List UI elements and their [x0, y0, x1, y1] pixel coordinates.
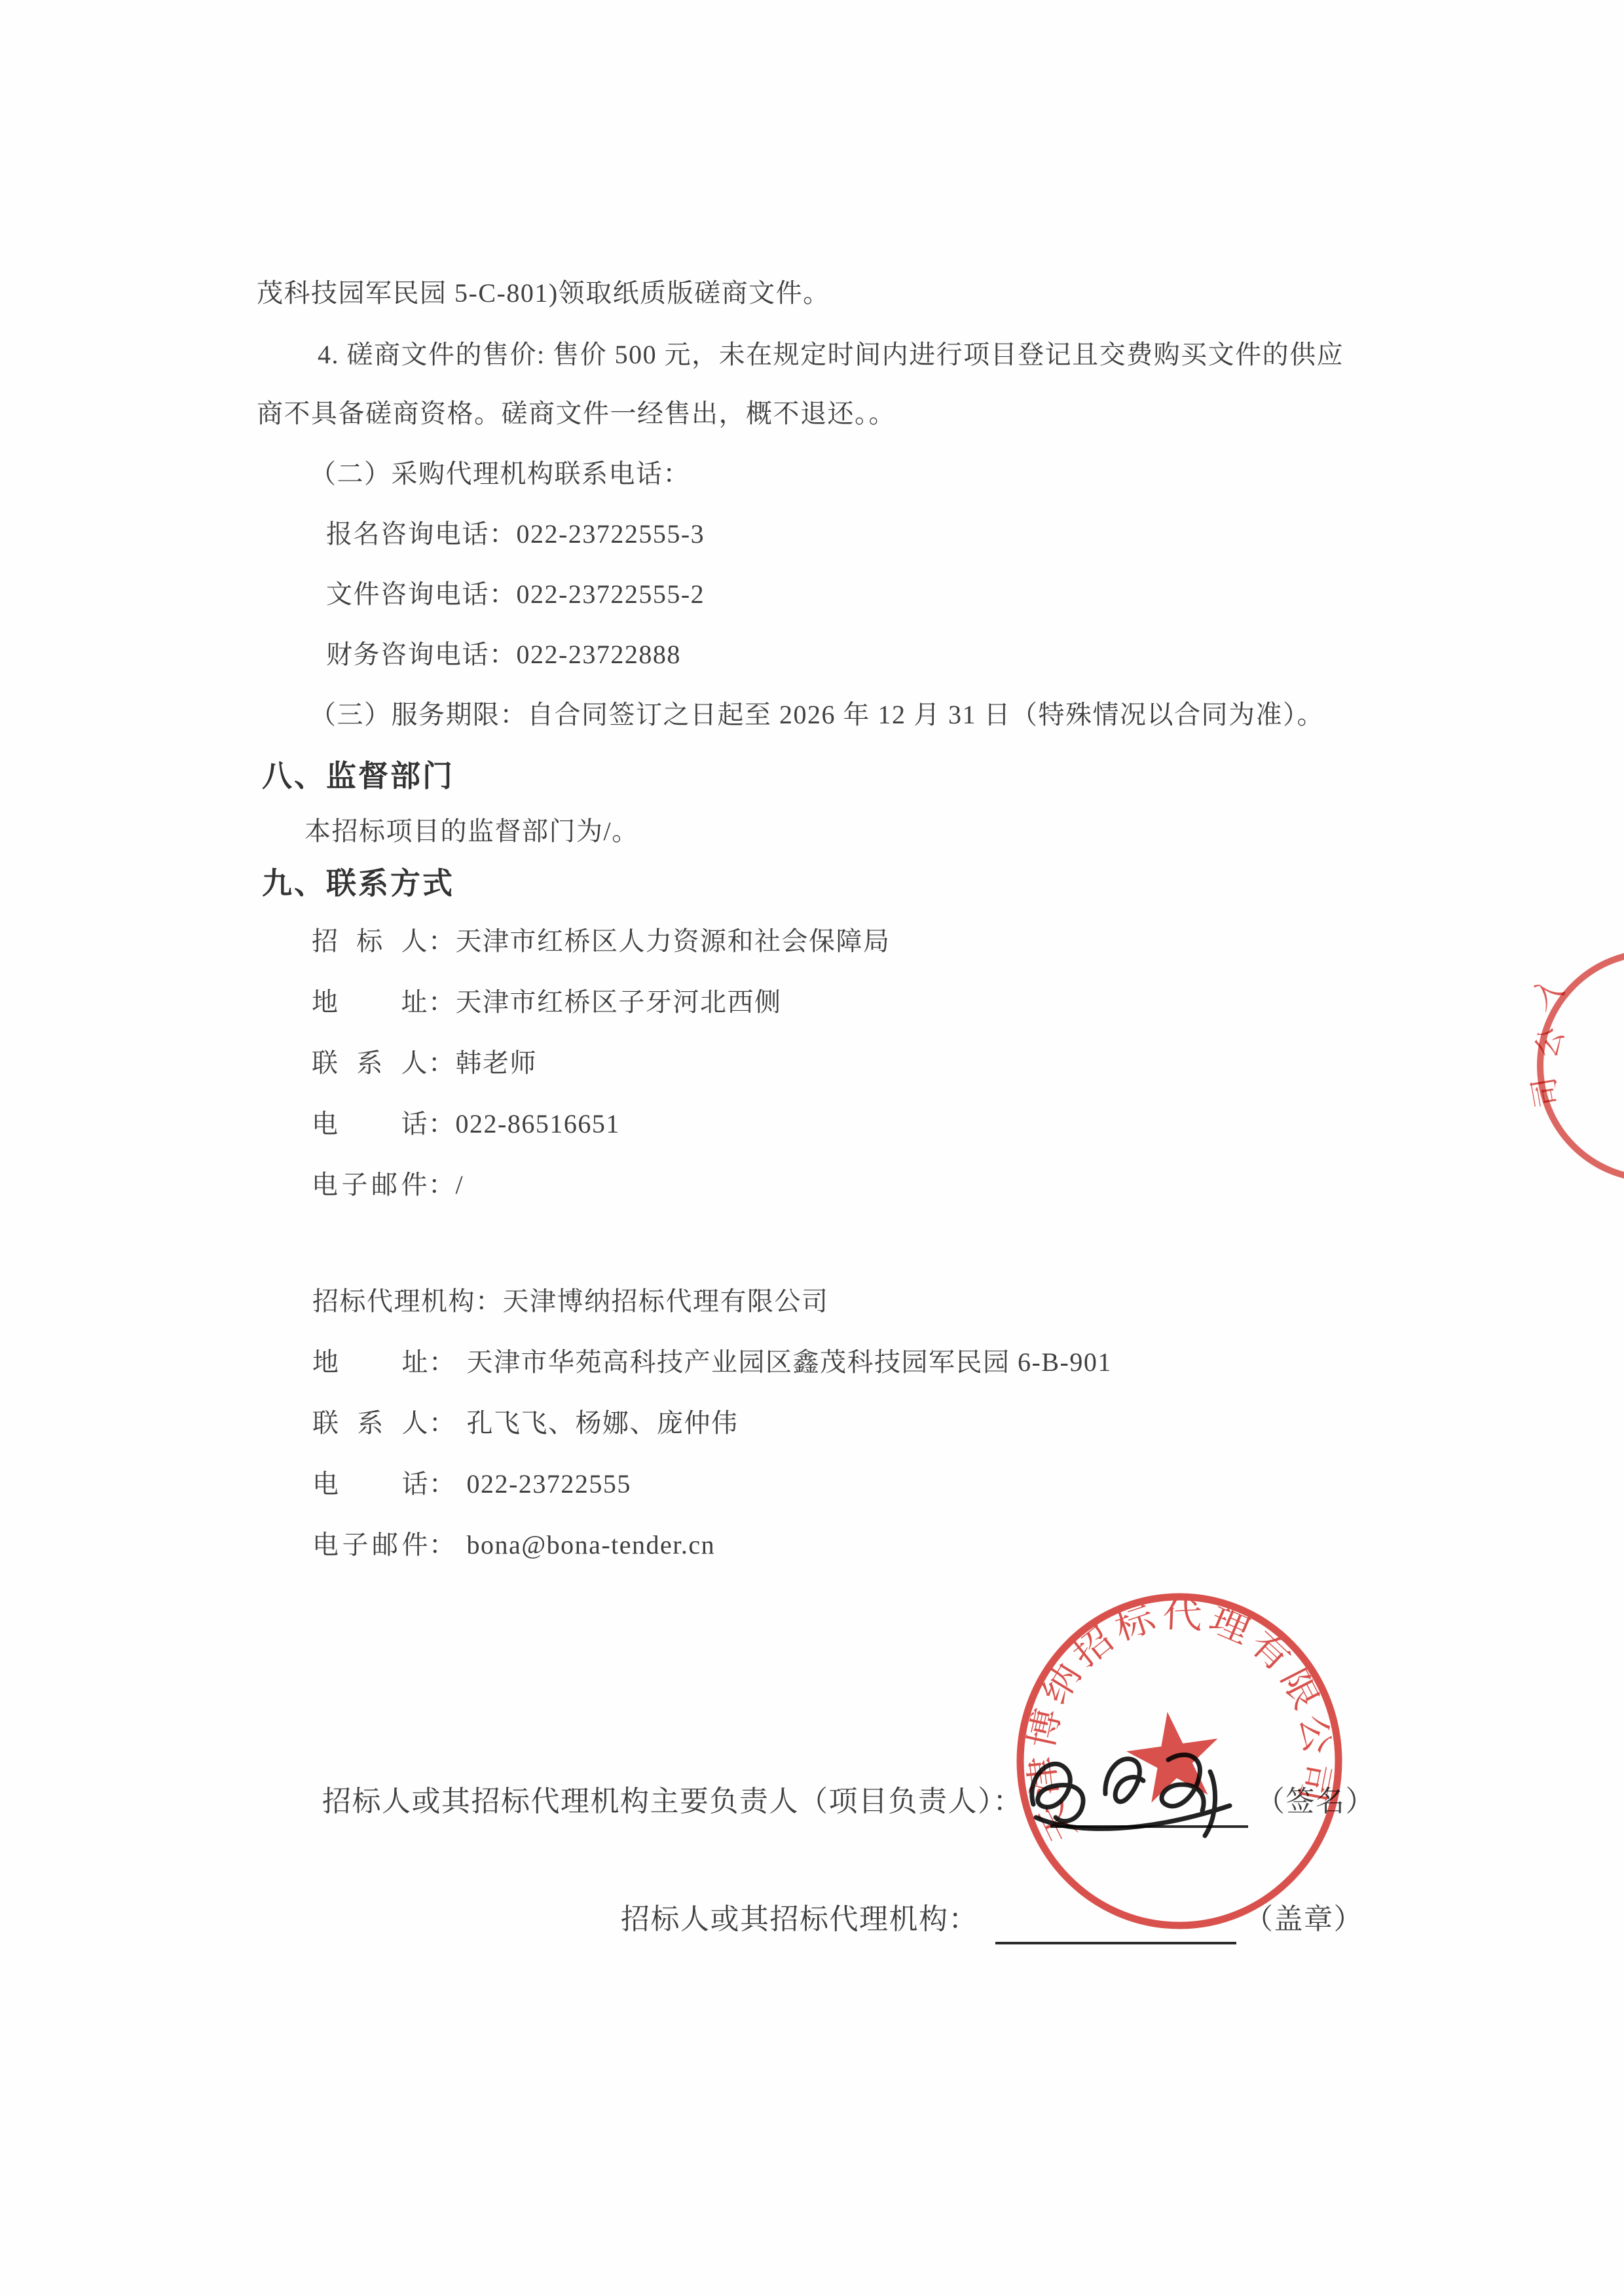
bidder-row-contact-person: 联系人：韩老师 — [312, 1048, 537, 1079]
agency-row-contact-person: 联系人：孔飞飞、杨娜、庞仲伟 — [312, 1408, 739, 1439]
colon: ： — [475, 1286, 503, 1316]
agency-row-phone: 电话：022-23722555 — [312, 1468, 631, 1500]
phone-signup: 报名咨询电话：022-23722555-3 — [326, 519, 705, 550]
field-label: 电子邮件 — [312, 1169, 428, 1201]
section-heading-contact: 九、联系方式 — [262, 866, 454, 902]
paragraph-price-1: 4. 磋商文件的售价: 售价 500 元，未在规定时间内进行项目登记且交费购买文… — [318, 339, 1344, 371]
colon: ： — [428, 926, 456, 956]
field-label: 电话 — [312, 1108, 428, 1140]
field-value: 022-86516651 — [456, 1109, 620, 1139]
paragraph-contact-head: （二）采购代理机构联系电话： — [310, 458, 690, 490]
field-label: 地址 — [312, 987, 428, 1018]
colon: ： — [429, 1347, 456, 1377]
field-value: 孔飞飞、杨娜、庞仲伟 — [456, 1408, 739, 1438]
phone-document: 文件咨询电话：022-23722555-2 — [326, 579, 705, 610]
scanned-document-page: 茂科技园军民园 5-C-801)领取纸质版磋商文件。 4. 磋商文件的售价: 售… — [0, 0, 1624, 2296]
field-value: 022-23722555 — [456, 1469, 631, 1499]
field-label: 地址 — [312, 1347, 429, 1378]
seal-blank-line — [995, 1942, 1236, 1944]
field-value: 韩老师 — [456, 1048, 538, 1078]
field-value: / — [456, 1170, 464, 1199]
colon: ： — [428, 987, 456, 1017]
paragraph-service-period: （三）服务期限：自合同签订之日起至 2026 年 12 月 31 日（特殊情况以… — [310, 699, 1324, 731]
colon: ： — [429, 1469, 456, 1499]
colon: ： — [428, 1170, 456, 1199]
bidder-row-phone: 电话：022-86516651 — [312, 1108, 620, 1140]
signature-line2-label: 招标人或其招标代理机构： — [621, 1903, 978, 1937]
section-heading-supervision: 八、监督部门 — [262, 758, 454, 794]
phone-finance: 财务咨询电话：022-23722888 — [326, 639, 681, 670]
field-label: 电子邮件 — [312, 1529, 429, 1561]
field-value: 天津市华苑高科技产业园区鑫茂科技园军民园 6-B-901 — [456, 1347, 1112, 1377]
colon: ： — [428, 1109, 456, 1139]
field-label: 招标人 — [312, 926, 428, 957]
field-label: 电话 — [312, 1468, 429, 1500]
paragraph-overflow: 茂科技园军民园 5-C-801)领取纸质版磋商文件。 — [257, 278, 830, 309]
bidder-row-email: 电子邮件：/ — [312, 1169, 464, 1201]
field-value: 天津市红桥区人力资源和社会保障局 — [456, 926, 891, 956]
handwritten-signature — [1014, 1726, 1276, 1870]
agency-row-address: 地址：天津市华苑高科技产业园区鑫茂科技园军民园 6-B-901 — [312, 1347, 1112, 1378]
field-value: bona@bona-tender.cn — [456, 1530, 716, 1559]
agency-row-email: 电子邮件：bona@bona-tender.cn — [312, 1529, 715, 1561]
field-label: 招标代理机构 — [312, 1286, 475, 1316]
field-value: 天津市红桥区子牙河北西侧 — [456, 987, 782, 1017]
bidder-row-address: 地址：天津市红桥区子牙河北西侧 — [312, 987, 782, 1018]
paragraph-price-2: 商不具备磋商资格。磋商文件一经售出，概不退还。。 — [257, 398, 896, 429]
bidder-row-name: 招标人：天津市红桥区人力资源和社会保障局 — [312, 926, 891, 957]
agency-row-name: 招标代理机构：天津博纳招标代理有限公司 — [312, 1286, 829, 1317]
field-label: 联系人 — [312, 1048, 428, 1079]
field-value: 天津博纳招标代理有限公司 — [503, 1286, 829, 1316]
paragraph-supervision: 本招标项目的监督部门为/。 — [304, 816, 639, 847]
signature-line1-label: 招标人或其招标代理机构主要负责人（项目负责人）： — [322, 1785, 1023, 1819]
colon: ： — [429, 1530, 456, 1559]
colon: ： — [429, 1408, 456, 1438]
field-label: 联系人 — [312, 1408, 429, 1439]
colon: ： — [428, 1048, 456, 1078]
